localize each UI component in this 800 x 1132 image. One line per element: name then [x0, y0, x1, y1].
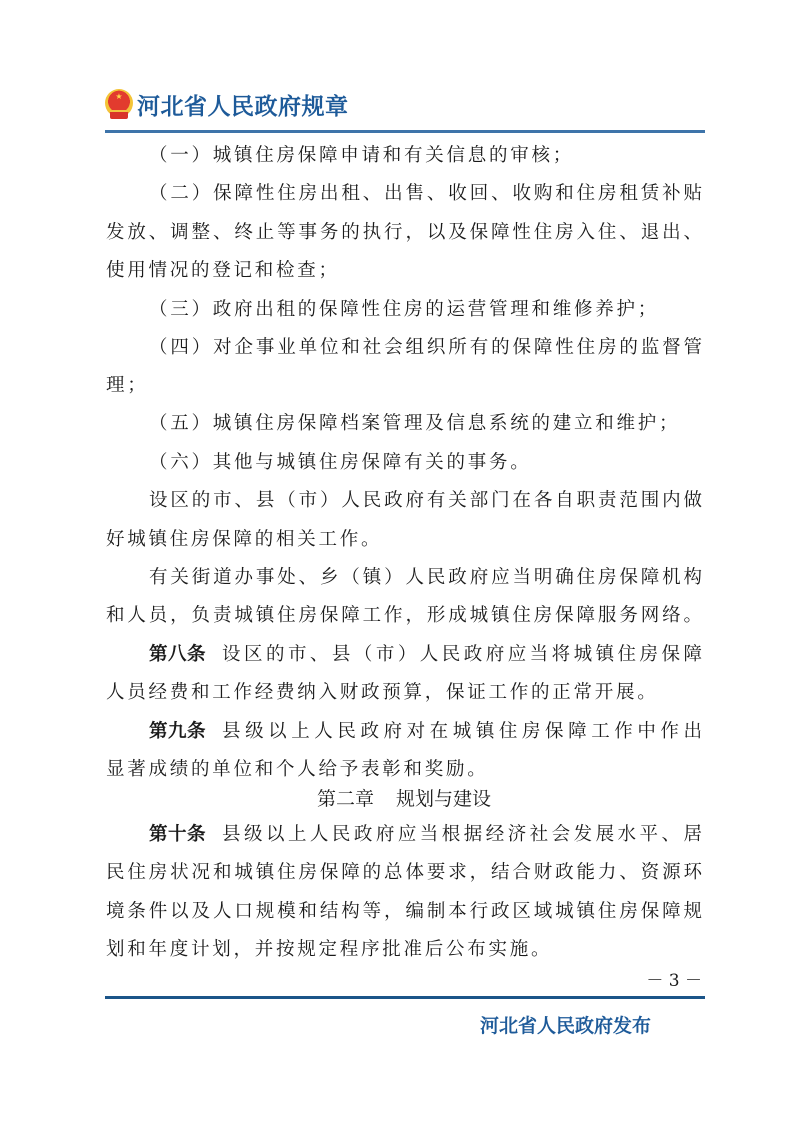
body-line: 理； [106, 374, 702, 398]
article-number: 第八条 [149, 643, 206, 667]
body-line: （四）对企事业单位和社会组织所有的保障性住房的监督管 [106, 336, 702, 360]
chapter-heading: 第二章规划与建设 [106, 786, 702, 812]
body-line: （六）其他与城镇住房保障有关的事务。 [106, 451, 702, 475]
body-line: 人员经费和工作经费纳入财政预算，保证工作的正常开展。 [106, 681, 702, 705]
body-text: 县级以上人民政府对在城镇住房保障工作中作出 [222, 720, 702, 744]
article-8-line: 第八条 设区的市、县（市）人民政府应当将城镇住房保障 [106, 643, 702, 667]
body-line: 境条件以及人口规模和结构等，编制本行政区域城镇住房保障规 [106, 900, 702, 924]
chapter-title: 规划与建设 [396, 788, 491, 810]
article-9-line: 第九条 县级以上人民政府对在城镇住房保障工作中作出 [106, 720, 702, 744]
chapter-number: 第二章 [317, 788, 374, 810]
body-line: 发放、调整、终止等事务的执行，以及保障性住房入住、退出、 [106, 221, 702, 245]
article-number: 第十条 [149, 823, 206, 847]
body-line: （二）保障性住房出租、出售、收回、收购和住房租赁补贴 [106, 182, 702, 206]
body-line: 有关街道办事处、乡（镇）人民政府应当明确住房保障机构 [106, 566, 702, 590]
header-divider [105, 130, 705, 133]
body-line: 民住房状况和城镇住房保障的总体要求，结合财政能力、资源环 [106, 861, 702, 885]
body-line: 和人员，负责城镇住房保障工作，形成城镇住房保障服务网络。 [106, 604, 702, 628]
body-text: 设区的市、县（市）人民政府应当将城镇住房保障 [222, 643, 702, 667]
national-emblem-icon: ★ [104, 88, 134, 120]
body-line: （三）政府出租的保障性住房的运营管理和维修养护； [106, 298, 702, 322]
body-text: 县级以上人民政府应当根据经济社会发展水平、居 [222, 823, 702, 847]
page-number: － 3 － [640, 970, 702, 992]
body-line: 设区的市、县（市）人民政府有关部门在各自职责范围内做 [106, 489, 702, 513]
body-line: （一）城镇住房保障申请和有关信息的审核； [106, 144, 702, 168]
body-line: 划和年度计划，并按规定程序批准后公布实施。 [106, 938, 702, 962]
body-line: 显著成绩的单位和个人给予表彰和奖励。 [106, 758, 702, 782]
body-line: 好城镇住房保障的相关工作。 [106, 528, 702, 552]
article-10-line: 第十条 县级以上人民政府应当根据经济社会发展水平、居 [106, 823, 702, 847]
page-header: ★ 河北省人民政府规章 [104, 84, 349, 124]
article-number: 第九条 [149, 720, 206, 744]
body-line: 使用情况的登记和检查； [106, 259, 702, 283]
body-line: （五）城镇住房保障档案管理及信息系统的建立和维护； [106, 412, 702, 436]
footer-publisher: 河北省人民政府发布 [480, 1013, 651, 1039]
header-title: 河北省人民政府规章 [137, 88, 349, 121]
footer-divider [105, 996, 705, 999]
